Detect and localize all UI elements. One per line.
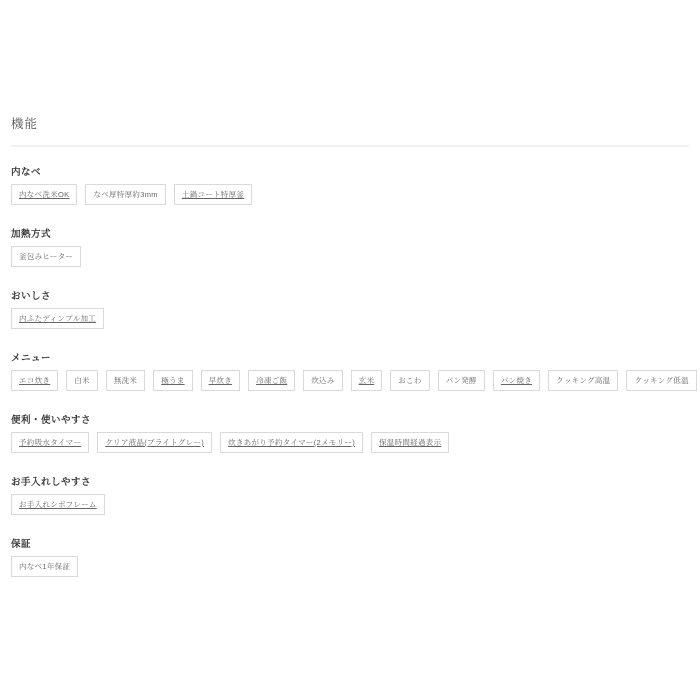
feature-section: お手入れしやすさ お手入れシボフレーム xyxy=(11,477,690,515)
feature-tag: おこわ xyxy=(390,370,429,391)
feature-section: 保証 内なべ1年保証 xyxy=(11,539,690,577)
feature-tag: クッキング高温 xyxy=(548,370,618,391)
feature-tag-link[interactable]: お手入れシボフレーム xyxy=(11,494,105,515)
feature-tag: 内なべ1年保証 xyxy=(11,556,78,577)
feature-section: おいしさ 内ふたディンプル加工 xyxy=(11,291,690,329)
feature-tag-link[interactable]: 冷凍ご飯 xyxy=(248,370,295,391)
feature-tag-link[interactable]: 炊きあがり予約タイマー(2メモリー) xyxy=(220,432,363,453)
feature-tag-link[interactable]: パン焼き xyxy=(493,370,540,391)
feature-tag-link[interactable]: 内ふたディンプル加工 xyxy=(11,308,104,329)
feature-sections: 内なべ 内なべ洗米OKなべ厚特厚約3mm土鍋コート特厚釜 加熱方式 釜包みヒータ… xyxy=(11,167,690,577)
section-heading: メニュー xyxy=(11,353,690,365)
feature-tag-link[interactable]: 保温時間経過表示 xyxy=(371,432,449,453)
feature-tag-link[interactable]: 内なべ洗米OK xyxy=(11,184,77,205)
tag-row: 内ふたディンプル加工 xyxy=(11,308,690,329)
feature-tag: クッキング低温 xyxy=(626,370,696,391)
feature-tag-link[interactable]: エコ炊き xyxy=(11,370,58,391)
tag-row: お手入れシボフレーム xyxy=(11,494,690,515)
divider xyxy=(11,145,689,147)
feature-section: 便利・使いやすさ 予約吸水タイマークリア液晶(ブライトグレー)炊きあがり予約タイ… xyxy=(11,415,690,453)
feature-tag: パン発酵 xyxy=(438,370,485,391)
tag-row: 釜包みヒーター xyxy=(11,246,690,267)
feature-tag-link[interactable]: 予約吸水タイマー xyxy=(11,432,89,453)
feature-tag: 炊込み xyxy=(303,370,342,391)
feature-tag: なべ厚特厚約3mm xyxy=(85,184,165,205)
tag-row: 予約吸水タイマークリア液晶(ブライトグレー)炊きあがり予約タイマー(2メモリー)… xyxy=(11,432,690,453)
section-heading: 加熱方式 xyxy=(11,229,690,241)
tag-row: エコ炊き白米無洗米極うま早炊き冷凍ご飯炊込み玄米おこわパン発酵パン焼きクッキング… xyxy=(11,370,690,391)
section-heading: お手入れしやすさ xyxy=(11,477,690,489)
tag-row: 内なべ洗米OKなべ厚特厚約3mm土鍋コート特厚釜 xyxy=(11,184,690,205)
section-heading: 保証 xyxy=(11,539,690,551)
feature-tag-link[interactable]: 極うま xyxy=(153,370,192,391)
section-heading: おいしさ xyxy=(11,291,690,303)
section-heading: 内なべ xyxy=(11,167,690,179)
feature-tag-link[interactable]: 玄米 xyxy=(351,370,383,391)
product-features-panel: 機能 内なべ 内なべ洗米OKなべ厚特厚約3mm土鍋コート特厚釜 加熱方式 釜包み… xyxy=(0,0,700,577)
feature-section: メニュー エコ炊き白米無洗米極うま早炊き冷凍ご飯炊込み玄米おこわパン発酵パン焼き… xyxy=(11,353,690,391)
feature-tag-link[interactable]: 早炊き xyxy=(201,370,240,391)
feature-tag-link[interactable]: 土鍋コート特厚釜 xyxy=(174,184,252,205)
feature-tag: 無洗米 xyxy=(106,370,145,391)
feature-tag: 白米 xyxy=(66,370,98,391)
feature-tag-link[interactable]: クリア液晶(ブライトグレー) xyxy=(97,432,212,453)
section-heading: 便利・使いやすさ xyxy=(11,415,690,427)
feature-section: 加熱方式 釜包みヒーター xyxy=(11,229,690,267)
feature-section: 内なべ 内なべ洗米OKなべ厚特厚約3mm土鍋コート特厚釜 xyxy=(11,167,690,205)
feature-tag: 釜包みヒーター xyxy=(11,246,81,267)
tag-row: 内なべ1年保証 xyxy=(11,556,690,577)
page-title: 機能 xyxy=(11,117,690,132)
